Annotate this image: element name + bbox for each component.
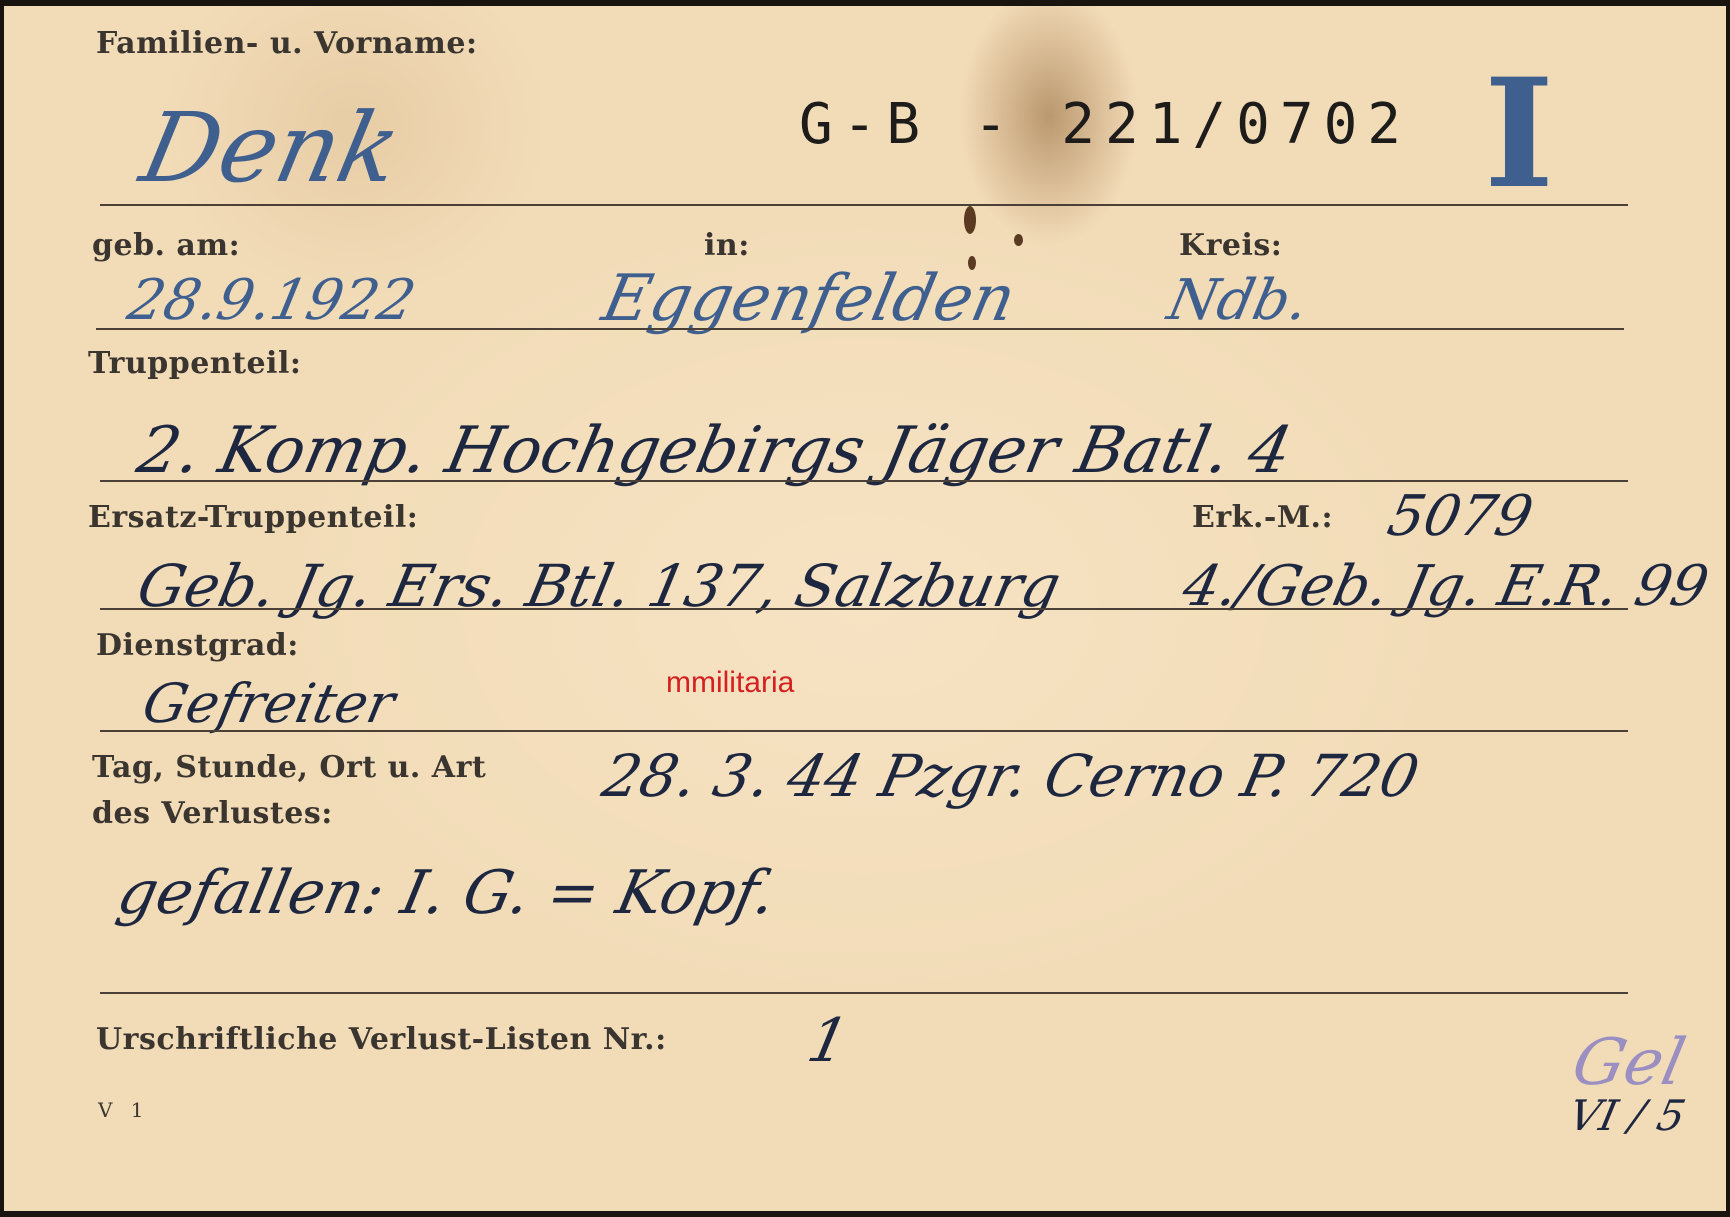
rank-label: Dienstgrad: [96, 628, 299, 663]
district-value: Ndb. [1162, 268, 1314, 333]
loss-list-label: Urschriftliche Verlust-Listen Nr.: [96, 1022, 667, 1057]
rank-value: Gefreiter [137, 672, 400, 735]
ink-stain [964, 206, 976, 234]
watermark: mmilitaria [666, 666, 794, 700]
loss-list-value: 1 [802, 1006, 855, 1076]
birth-date-label: geb. am: [92, 228, 240, 263]
name-rule [100, 204, 1628, 206]
loss-rule [100, 992, 1628, 994]
birth-place-value: Eggenfelden [596, 262, 1022, 336]
id-tag-number: 5079 [1382, 484, 1538, 549]
district-label: Kreis: [1179, 228, 1282, 263]
fraction-mark: VI / 5 [1565, 1091, 1690, 1140]
name-value: Denk [132, 92, 410, 204]
unit-label: Truppenteil: [88, 346, 301, 381]
unit-rule [100, 480, 1628, 482]
loss-cause-value: gefallen: I. G. = Kopf. [112, 858, 783, 928]
casualty-index-card: Familien- u. Vorname: Denk G-B - 221/070… [4, 6, 1726, 1211]
rank-rule [100, 730, 1628, 732]
reference-stamp: G-B - 221/0702 [799, 92, 1411, 157]
loss-label-line2: des Verlustes: [92, 796, 333, 831]
margin-mark-roman-one: I [1484, 46, 1554, 222]
birth-place-label: in: [704, 228, 750, 263]
loss-label-line1: Tag, Stunde, Ort u. Art [92, 750, 486, 785]
form-code: V 1 [98, 1098, 150, 1122]
birth-date-value: 28.9.1922 [122, 268, 421, 333]
unit-value: 2. Komp. Hochgebirgs Jäger Batl. 4 [131, 414, 1298, 488]
replacement-unit-label: Ersatz-Truppenteil: [88, 500, 418, 535]
replacement-unit-rule [100, 608, 1628, 610]
birth-rule [96, 328, 1624, 330]
violet-initials-mark: Gel [1566, 1026, 1691, 1100]
ink-stain [1014, 234, 1023, 246]
id-tag-label: Erk.-M.: [1192, 500, 1333, 535]
loss-details-value: 28. 3. 44 Pzgr. Cerno P. 720 [597, 742, 1425, 810]
name-label: Familien- u. Vorname: [96, 26, 478, 61]
